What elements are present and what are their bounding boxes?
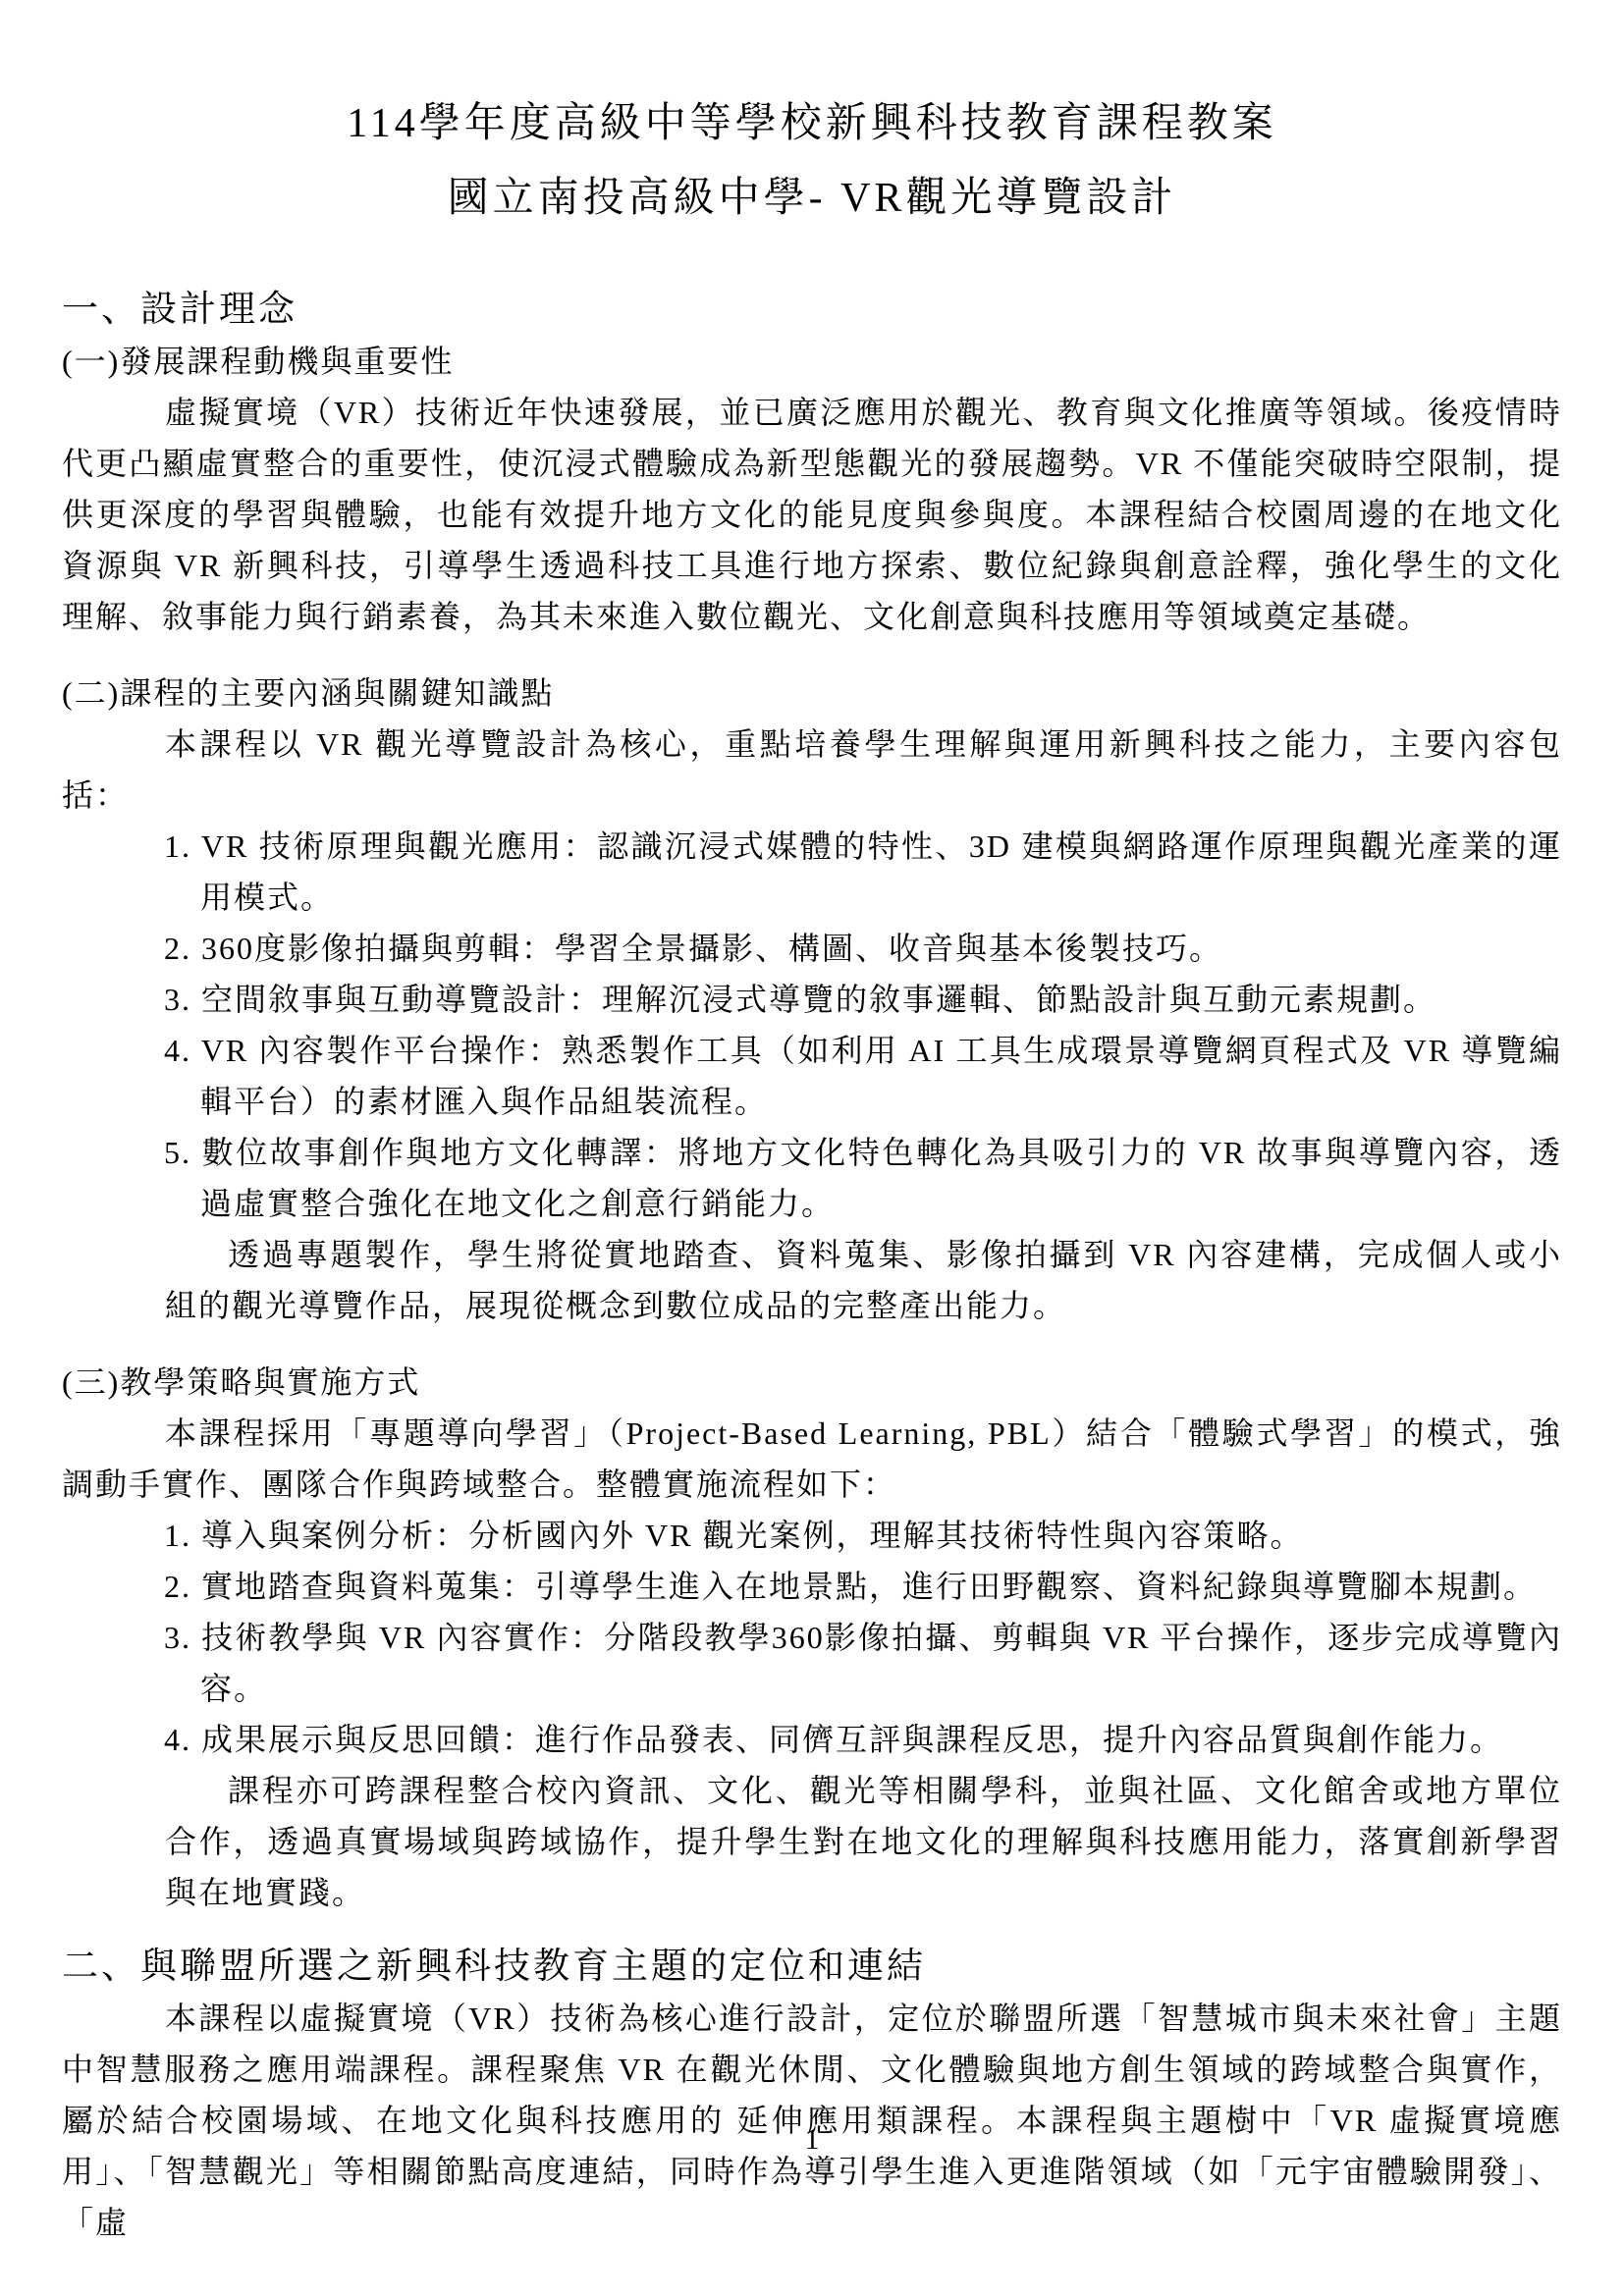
document-page: 114學年度高級中等學校新興科技教育課程教案 國立南投高級中學- VR觀光導覽設… [0, 0, 1624, 2296]
list-item: 3. 空間敘事與互動導覽設計：理解沉浸式導覽的敘事邏輯、節點設計與互動元素規劃。 [62, 974, 1562, 1025]
subsection-heading-content-knowledge: (二)課程的主要內涵與關鍵知識點 [62, 667, 1562, 719]
section-heading-design-concept: 一、設計理念 [62, 285, 1562, 336]
page-number: 1 [0, 2120, 1624, 2160]
subsection-heading-teaching-strategy: (三)教學策略與實施方式 [62, 1357, 1562, 1408]
list-item: 4. VR 內容製作平台操作：熟悉製作工具（如利用 AI 工具生成環景導覽網頁程… [62, 1025, 1562, 1127]
list-item: 4. 成果展示與反思回饋：進行作品發表、同儕互評與課程反思，提升內容品質與創作能… [62, 1714, 1562, 1765]
list-item: 2. 360度影像拍攝與剪輯：學習全景攝影、構圖、收音與基本後製技巧。 [62, 923, 1562, 974]
document-title-line1: 114學年度高級中等學校新興科技教育課程教案 [62, 86, 1562, 161]
list-item: 1. VR 技術原理與觀光應用：認識沉浸式媒體的特性、3D 建模與網路運作原理與… [62, 821, 1562, 923]
section-heading-alliance-theme: 二、與聯盟所選之新興科技教育主題的定位和連結 [62, 1942, 1562, 1993]
content-knowledge-list: 1. VR 技術原理與觀光應用：認識沉浸式媒體的特性、3D 建模與網路運作原理與… [62, 821, 1562, 1229]
subsection-heading-motivation: (一)發展課程動機與重要性 [62, 336, 1562, 387]
list-item: 2. 實地踏查與資料蒐集：引導學生進入在地景點，進行田野觀察、資料紀錄與導覽腳本… [62, 1561, 1562, 1612]
paragraph-strategy-intro: 本課程採用「專題導向學習」（Project-Based Learning, PB… [62, 1408, 1562, 1510]
document-title-line2: 國立南投高級中學- VR觀光導覽設計 [62, 161, 1562, 236]
teaching-strategy-list: 1. 導入與案例分析：分析國內外 VR 觀光案例，理解其技術特性與內容策略。 2… [62, 1510, 1562, 1765]
paragraph-strategy-closing: 課程亦可跨課程整合校內資訊、文化、觀光等相關學科，並與社區、文化館舍或地方單位合… [165, 1765, 1562, 1918]
list-item: 5. 數位故事創作與地方文化轉譯：將地方文化特色轉化為具吸引力的 VR 故事與導… [62, 1127, 1562, 1229]
list-item: 3. 技術教學與 VR 內容實作：分階段教學360影像拍攝、剪輯與 VR 平台操… [62, 1612, 1562, 1714]
list-item: 1. 導入與案例分析：分析國內外 VR 觀光案例，理解其技術特性與內容策略。 [62, 1510, 1562, 1561]
paragraph-content-intro: 本課程以 VR 觀光導覽設計為核心，重點培養學生理解與運用新興科技之能力，主要內… [62, 719, 1562, 821]
paragraph-motivation: 虛擬實境（VR）技術近年快速發展，並已廣泛應用於觀光、教育與文化推廣等領域。後疫… [62, 387, 1562, 642]
paragraph-content-closing: 透過專題製作，學生將從實地踏查、資料蒐集、影像拍攝到 VR 內容建構，完成個人或… [165, 1229, 1562, 1331]
